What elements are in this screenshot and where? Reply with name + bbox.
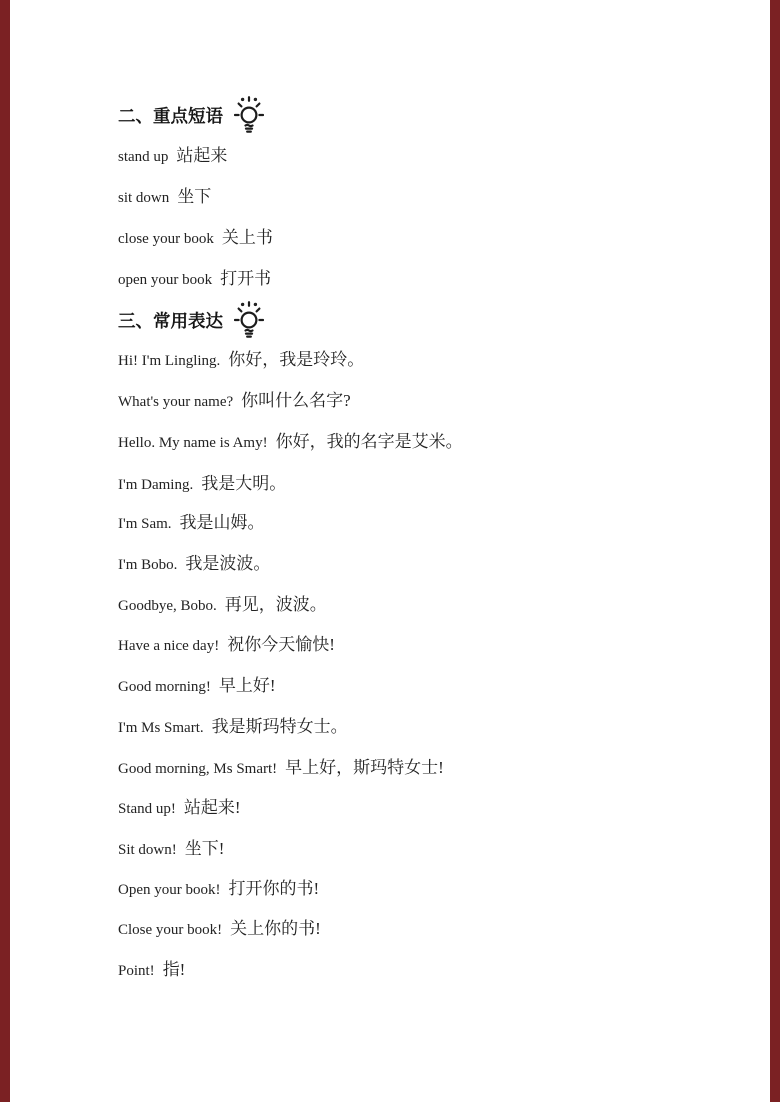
expression-line: Close your book!关上你的书!	[118, 918, 321, 941]
page-left-edge-strip	[0, 0, 10, 1102]
expression-chinese: 早上好!	[219, 676, 276, 695]
phrase-chinese: 打开书	[220, 269, 271, 288]
expression-line: Point!指!	[118, 959, 185, 982]
expression-line: Sit down!坐下!	[118, 838, 224, 861]
expression-chinese: 再见，波波。	[225, 595, 327, 614]
expression-english: Good morning, Ms Smart!	[118, 761, 277, 777]
expression-line: I'm Bobo.我是波波。	[118, 553, 270, 576]
phrase-line: open your book打开书	[118, 268, 271, 291]
phrase-line: close your book关上书	[118, 227, 273, 250]
expression-english: Open your book!	[118, 882, 220, 898]
expression-english: Hi! I'm Lingling.	[118, 353, 220, 369]
expression-chinese: 我是斯玛特女士。	[212, 717, 348, 736]
section-key-phrases-heading: 二、重点短语	[118, 98, 264, 132]
expression-chinese: 我是大明。	[201, 474, 286, 493]
expression-line: I'm Ms Smart.我是斯玛特女士。	[118, 716, 348, 739]
expression-line: What's your name?你叫什么名字?	[118, 390, 351, 413]
phrase-chinese: 坐下	[177, 187, 211, 206]
section-title: 三、常用表达	[118, 308, 223, 333]
expression-english: Good morning!	[118, 679, 211, 695]
expression-chinese: 我是山姆。	[180, 513, 265, 532]
expression-english: Point!	[118, 963, 155, 979]
expression-chinese: 你叫什么名字?	[241, 391, 351, 410]
expression-line: Hello. My name is Amy!你好，我的名字是艾米。	[118, 431, 463, 454]
expression-line: I'm Daming.我是大明。	[118, 473, 286, 496]
section-title: 二、重点短语	[118, 103, 223, 128]
expression-english: Have a nice day!	[118, 638, 219, 654]
expression-chinese: 你好，我的名字是艾米。	[276, 432, 463, 451]
expression-english: Sit down!	[118, 842, 177, 858]
expression-chinese: 指!	[163, 960, 186, 979]
expression-line: Hi! I'm Lingling.你好，我是玲玲。	[118, 349, 364, 372]
expression-chinese: 站起来!	[184, 798, 241, 817]
section-common-expressions-heading: 三、常用表达	[118, 303, 264, 337]
expression-line: Have a nice day!祝你今天愉快!	[118, 634, 335, 657]
expression-english: Hello. My name is Amy!	[118, 435, 268, 451]
expression-line: Good morning!早上好!	[118, 675, 276, 698]
page-right-edge-strip	[770, 0, 780, 1102]
expression-english: Stand up!	[118, 801, 176, 817]
expression-chinese: 你好，我是玲玲。	[228, 350, 364, 369]
phrase-line: sit down坐下	[118, 186, 211, 209]
expression-english: Close your book!	[118, 922, 222, 938]
expression-english: I'm Bobo.	[118, 557, 177, 573]
expression-english: What's your name?	[118, 394, 233, 410]
expression-english: I'm Sam.	[118, 516, 172, 532]
expression-chinese: 祝你今天愉快!	[227, 635, 335, 654]
expression-chinese: 关上你的书!	[230, 919, 321, 938]
expression-chinese: 我是波波。	[185, 554, 270, 573]
expression-line: Stand up!站起来!	[118, 797, 241, 820]
expression-english: I'm Daming.	[118, 477, 193, 493]
expression-chinese: 坐下!	[185, 839, 225, 858]
lightbulb-icon	[234, 96, 264, 134]
expression-line: Open your book!打开你的书!	[118, 878, 319, 901]
expression-line: Goodbye, Bobo.再见，波波。	[118, 594, 327, 617]
lightbulb-icon	[234, 301, 264, 339]
phrase-chinese: 关上书	[222, 228, 273, 247]
expression-line: Good morning, Ms Smart!早上好，斯玛特女士!	[118, 757, 444, 780]
phrase-chinese: 站起来	[176, 146, 227, 165]
phrase-english: stand up	[118, 149, 168, 165]
expression-english: Goodbye, Bobo.	[118, 598, 217, 614]
phrase-english: sit down	[118, 190, 169, 206]
phrase-english: close your book	[118, 231, 214, 247]
phrase-line: stand up站起来	[118, 145, 227, 168]
expression-chinese: 早上好，斯玛特女士!	[285, 758, 444, 777]
expression-chinese: 打开你的书!	[228, 879, 319, 898]
phrase-english: open your book	[118, 272, 212, 288]
expression-english: I'm Ms Smart.	[118, 720, 204, 736]
expression-line: I'm Sam.我是山姆。	[118, 512, 265, 535]
